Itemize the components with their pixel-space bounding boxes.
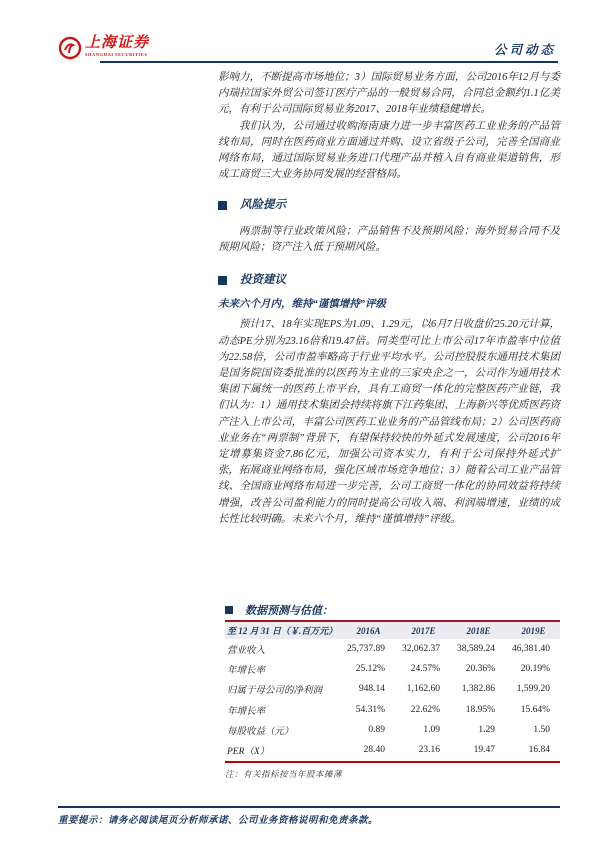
cell-value: 1.50 (505, 720, 560, 740)
cell-value: 22.62% (395, 700, 450, 720)
table-row-revenue-growth: 年增长率 25.12% 24.57% 20.36% 20.19% (225, 659, 560, 679)
table-note: 注：有关指标按当年股本摊薄 (225, 768, 560, 780)
cell-value: 18.95% (450, 700, 505, 720)
paragraph-risk: 两票制等行业政策风险；产品销售不及预期风险；海外贸易合同不及预期风险；资产注入低… (218, 224, 560, 256)
col-header-2016a: 2016A (340, 622, 395, 639)
paragraph-our-view: 我们认为，公司通过收购海南康力进一步丰富医药工业业务的产品管线布局，同时在医药商… (218, 119, 560, 184)
cell-value: 15.64% (505, 700, 560, 720)
forecast-table: 至 12 月 31 日（￥.百万元） 2016A 2017E 2018E 201… (225, 622, 560, 760)
row-label: 年增长率 (225, 700, 340, 720)
advice-subheading: 未来六个月内，维持“谨慎增持”评级 (218, 297, 560, 313)
table-row-revenue: 营业收入 25,737.89 32,062.37 38,589.24 46,38… (225, 639, 560, 659)
section-heading-advice: 投资建议 (218, 272, 560, 288)
report-page: 上海证券 SHANGHAI SECURITIES 公司动态 影响力，不断提高市场… (0, 0, 596, 842)
table-bottom-rule (225, 761, 560, 763)
table-row-net-profit: 归属于母公司的净利润 948.14 1,162.60 1,382.86 1,59… (225, 679, 560, 699)
section-heading-risk: 风险提示 (218, 197, 560, 213)
table-row-eps: 每股收益（元） 0.89 1.09 1.29 1.50 (225, 720, 560, 740)
cell-value: 32,062.37 (395, 639, 450, 659)
table-row-per: PER（X） 28.40 23.16 19.47 16.84 (225, 740, 560, 760)
square-bullet-icon (225, 606, 233, 614)
shanghai-securities-logo-icon (58, 36, 82, 60)
square-bullet-icon (218, 276, 227, 285)
footer-disclaimer: 重要提示：请务必阅读尾页分析师承诺、公司业务资格说明和免责条款。 (58, 812, 378, 826)
cell-value: 1,382.86 (450, 679, 505, 699)
cell-value: 1,162.60 (395, 679, 450, 699)
table-header-row: 至 12 月 31 日（￥.百万元） 2016A 2017E 2018E 201… (225, 622, 560, 639)
square-bullet-icon (218, 201, 227, 210)
cell-value: 46,381.40 (505, 639, 560, 659)
col-header-2019e: 2019E (505, 622, 560, 639)
row-label: 年增长率 (225, 659, 340, 679)
cell-value: 23.16 (395, 740, 450, 760)
row-label: 每股收益（元） (225, 720, 340, 740)
cell-value: 16.84 (505, 740, 560, 760)
row-label: 归属于母公司的净利润 (225, 679, 340, 699)
brand-logo: 上海证券 SHANGHAI SECURITIES (58, 36, 149, 60)
brand-name-en: SHANGHAI SECURITIES (85, 53, 149, 58)
cell-value: 1.09 (395, 720, 450, 740)
cell-value: 25.12% (340, 659, 395, 679)
forecast-valuation-block: 数据预测与估值： 至 12 月 31 日（￥.百万元） 2016A 2017E … (225, 602, 560, 780)
cell-value: 28.40 (340, 740, 395, 760)
table-heading: 数据预测与估值： (225, 602, 560, 618)
advice-heading-label: 投资建议 (240, 272, 286, 288)
cell-value: 24.57% (395, 659, 450, 679)
cell-value: 1,599.20 (505, 679, 560, 699)
brand-name-cn: 上海证券 (85, 36, 149, 51)
col-header-2017e: 2017E (395, 622, 450, 639)
cell-value: 0.89 (340, 720, 395, 740)
cell-value: 25,737.89 (340, 639, 395, 659)
paragraph-advice: 预计17、18年实现EPS为1.09、1.29元，以6月7日收盘价25.20元计… (218, 317, 560, 528)
report-body: 影响力，不断提高市场地位；3）国际贸易业务方面，公司2016年12月与委内瑞拉国… (218, 70, 560, 528)
header-divider (100, 61, 558, 63)
cell-value: 1.29 (450, 720, 505, 740)
cell-value: 19.47 (450, 740, 505, 760)
cell-value: 948.14 (340, 679, 395, 699)
risk-heading-label: 风险提示 (240, 197, 286, 213)
cell-value: 38,589.24 (450, 639, 505, 659)
table-heading-label: 数据预测与估值： (245, 602, 333, 618)
table-row-profit-growth: 年增长率 54.31% 22.62% 18.95% 15.64% (225, 700, 560, 720)
cell-value: 20.36% (450, 659, 505, 679)
col-header-date: 至 12 月 31 日（￥.百万元） (225, 622, 340, 639)
cell-value: 54.31% (340, 700, 395, 720)
col-header-2018e: 2018E (450, 622, 505, 639)
paragraph-international-trade: 影响力，不断提高市场地位；3）国际贸易业务方面，公司2016年12月与委内瑞拉国… (218, 70, 560, 119)
doc-type-label: 公司动态 (494, 40, 556, 58)
row-label: 营业收入 (225, 639, 340, 659)
cell-value: 20.19% (505, 659, 560, 679)
footer-divider (58, 806, 560, 808)
row-label: PER（X） (225, 740, 340, 760)
brand-logo-text: 上海证券 SHANGHAI SECURITIES (85, 36, 149, 58)
